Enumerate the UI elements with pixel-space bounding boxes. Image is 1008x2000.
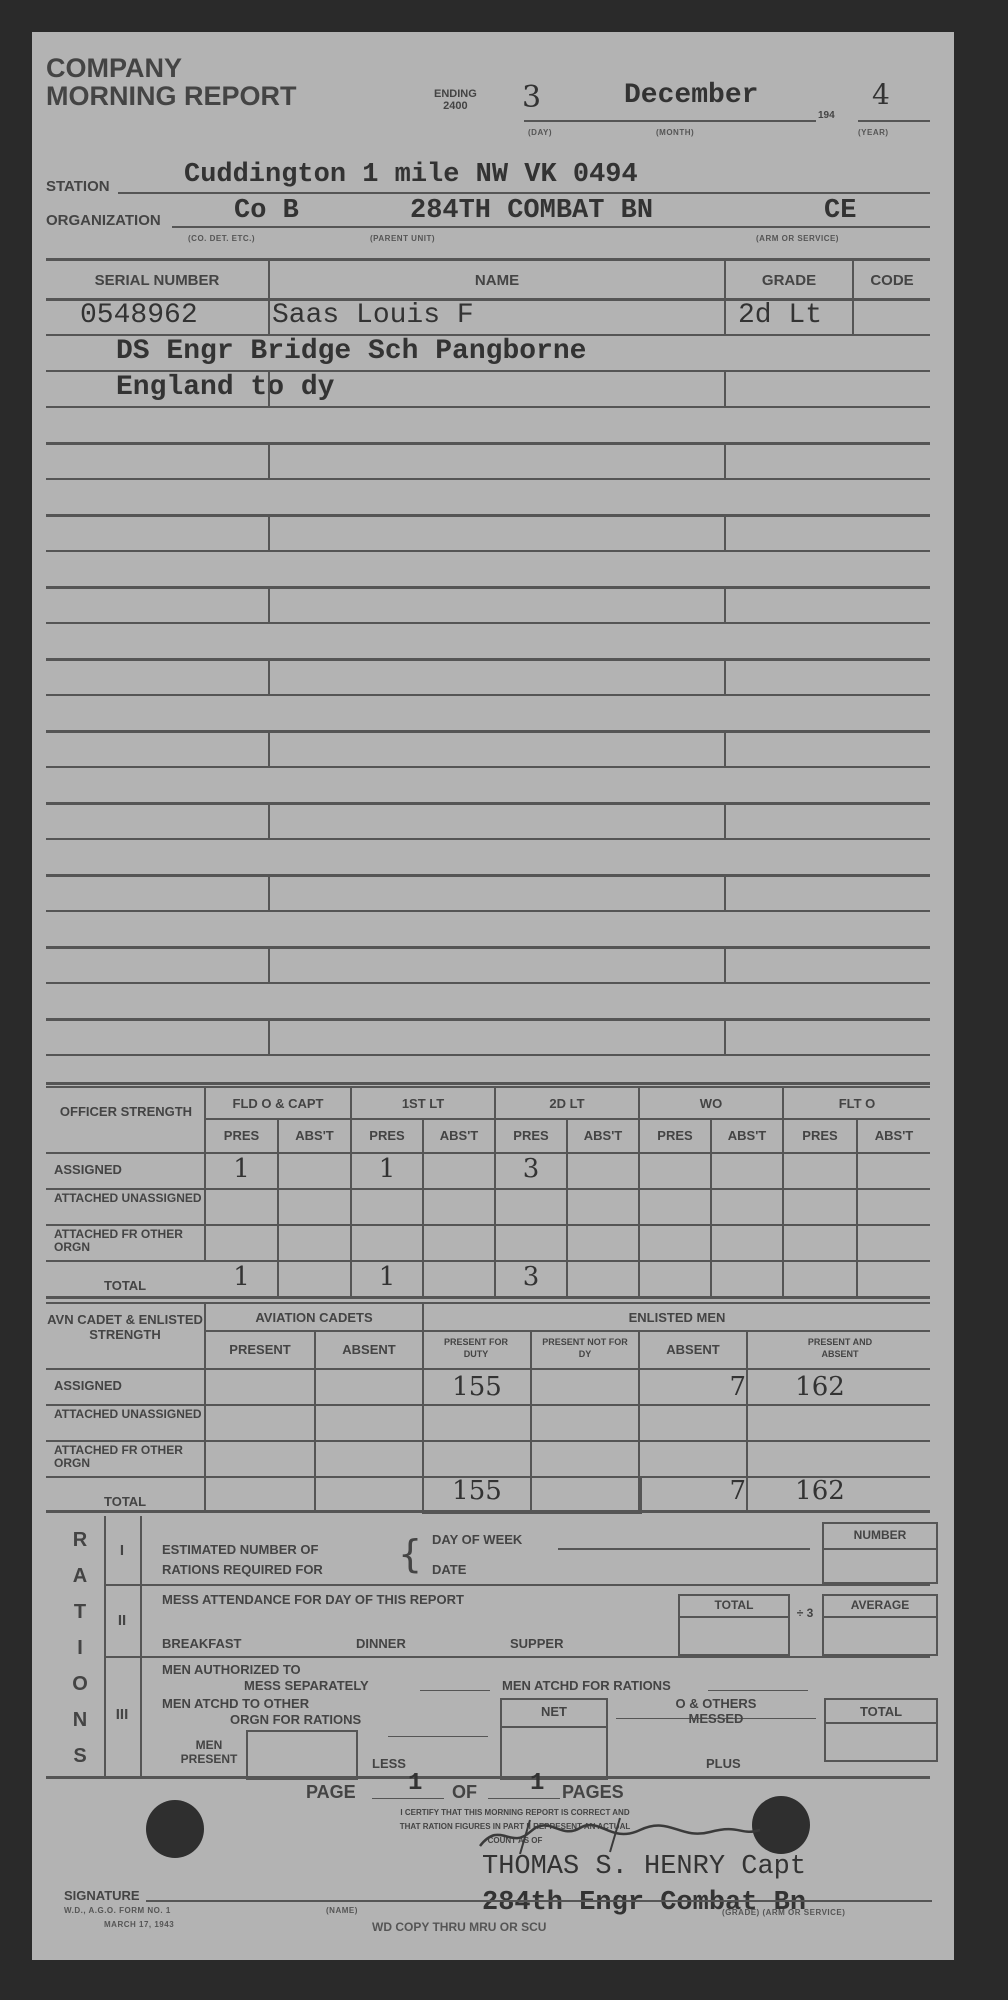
day-caption: (DAY) <box>528 128 552 137</box>
pres-header: PRES <box>784 1128 856 1143</box>
arm-service-field[interactable]: CE <box>824 196 856 226</box>
year-prefix: 194 <box>818 110 835 121</box>
2d-lt-header: 2D LT <box>496 1096 638 1111</box>
pres-header: PRES <box>206 1128 277 1143</box>
supper-label: SUPPER <box>510 1636 563 1651</box>
rations-letter: O <box>60 1666 100 1702</box>
year-caption: (YEAR) <box>858 128 889 137</box>
orgn-for-rations-label: ORGN FOR RATIONS <box>230 1712 361 1727</box>
organization-underline <box>172 226 930 228</box>
signature-label: SIGNATURE <box>64 1888 140 1903</box>
net-label: NET <box>502 1704 606 1719</box>
station-field[interactable]: Cuddington 1 mile NW VK 0494 <box>184 160 638 190</box>
cadets-present-header: PRESENT <box>206 1342 314 1357</box>
rations-letter: A <box>60 1558 100 1594</box>
ending-text: ENDING <box>434 88 477 100</box>
breakfast-label: BREAKFAST <box>162 1636 241 1651</box>
form-date: MARCH 17, 1943 <box>104 1920 174 1929</box>
plus-label: PLUS <box>706 1756 741 1771</box>
month-caption: (MONTH) <box>656 128 694 137</box>
rations-letter: I <box>60 1630 100 1666</box>
date-underline <box>524 120 816 122</box>
assigned-fld-o-pres[interactable]: 1 <box>206 1154 277 1184</box>
enlisted-absent-header: ABSENT <box>640 1342 746 1357</box>
code-header: CODE <box>854 272 930 289</box>
arm-caption: (ARM OR SERVICE) <box>756 234 839 243</box>
signature-line <box>146 1900 932 1902</box>
rations-letter: T <box>60 1594 100 1630</box>
form-title: COMPANY MORNING REPORT <box>46 54 297 110</box>
rations-letter: R <box>60 1522 100 1558</box>
men-atchd-to-other-label: MEN ATCHD TO OTHER <box>162 1696 309 1711</box>
date-label: DATE <box>432 1562 466 1577</box>
assigned-2d-lt-pres[interactable]: 3 <box>496 1154 566 1184</box>
total-row-label: TOTAL <box>104 1278 146 1293</box>
assigned-absent[interactable]: 7 <box>640 1372 746 1402</box>
total-present-for-duty[interactable]: 155 <box>424 1476 530 1506</box>
assigned-1st-lt-pres[interactable]: 1 <box>352 1154 422 1184</box>
total-1st-lt-pres[interactable]: 1 <box>352 1262 422 1292</box>
officers-messed-line-1: O & OTHERS <box>616 1696 816 1711</box>
estimated-rations-label: ESTIMATED NUMBER OF RATIONS REQUIRED FOR <box>162 1540 323 1580</box>
abst-header: ABS'T <box>568 1128 638 1143</box>
pres-header: PRES <box>496 1128 566 1143</box>
grade-caption: (GRADE) (ARM OR SERVICE) <box>722 1908 845 1917</box>
report-year[interactable]: 4 <box>872 78 890 111</box>
total-2d-lt-pres[interactable]: 3 <box>496 1262 566 1292</box>
station-label: STATION <box>46 178 110 195</box>
present-not-for-duty-header: PRESENT NOT FOR DY <box>540 1336 630 1360</box>
total-absent[interactable]: 7 <box>640 1476 746 1506</box>
pres-header: PRES <box>640 1128 710 1143</box>
aviation-cadets-header: AVIATION CADETS <box>206 1310 422 1325</box>
1st-lt-header: 1ST LT <box>352 1096 494 1111</box>
rations-letter: N <box>60 1702 100 1738</box>
parent-unit-caption: (PARENT UNIT) <box>370 234 435 243</box>
report-day[interactable]: 3 <box>522 80 541 115</box>
brace-icon: { <box>398 1532 422 1576</box>
grade-header: GRADE <box>726 272 852 289</box>
assigned-row-label: ASSIGNED <box>54 1162 122 1177</box>
dinner-label: DINNER <box>356 1636 406 1651</box>
enlisted-men-header: ENLISTED MEN <box>424 1310 930 1325</box>
roster-top-border <box>46 258 930 261</box>
report-month[interactable]: December <box>624 80 758 111</box>
total-pages[interactable]: 1 <box>530 1770 544 1797</box>
grade-cell[interactable]: 2d Lt <box>738 300 822 331</box>
rations-letter: S <box>60 1738 100 1774</box>
assigned-present-and-absent[interactable]: 162 <box>770 1372 870 1402</box>
enlisted-attached-unassigned-label: ATTACHED UNASSIGNED <box>54 1408 204 1421</box>
men-atchd-for-rations-label: MEN ATCHD FOR RATIONS <box>502 1678 671 1693</box>
officers-messed-line-2: MESSED <box>616 1711 816 1726</box>
section-ii-label: II <box>104 1612 140 1629</box>
wo-header: WO <box>640 1096 782 1111</box>
fld-o-capt-header: FLD O & CAPT <box>206 1096 350 1111</box>
station-underline <box>118 192 930 194</box>
serial-number-cell[interactable]: 0548962 <box>80 300 198 331</box>
divide-by-three: ÷ 3 <box>790 1606 820 1620</box>
page-label: PAGE <box>306 1782 356 1803</box>
present-for-duty-header: PRESENT FOR DUTY <box>434 1336 518 1360</box>
attached-fr-other-row-label: ATTACHED FR OTHER ORGN <box>54 1228 204 1254</box>
name-header: NAME <box>270 272 724 289</box>
less-label: LESS <box>372 1756 406 1771</box>
mess-separately-label: MESS SEPARATELY <box>244 1678 369 1693</box>
mess-total-label: TOTAL <box>680 1598 788 1612</box>
estimated-line-1: ESTIMATED NUMBER OF <box>162 1540 323 1560</box>
year-underline <box>858 120 930 122</box>
officer-strength-label: OFFICER STRENGTH <box>46 1104 206 1119</box>
men-authorized-label: MEN AUTHORIZED TO <box>162 1662 301 1677</box>
total-fld-o-pres[interactable]: 1 <box>206 1262 277 1292</box>
estimated-line-2: RATIONS REQUIRED FOR <box>162 1560 323 1580</box>
assigned-present-for-duty[interactable]: 155 <box>424 1372 530 1402</box>
day-of-week-label: DAY OF WEEK <box>432 1532 522 1547</box>
abst-header: ABS'T <box>858 1128 930 1143</box>
page-underline <box>372 1798 444 1799</box>
company-caption: (CO. DET. ETC.) <box>188 234 255 243</box>
officers-messed-label: O & OTHERS MESSED <box>616 1696 816 1726</box>
cadets-absent-header: ABSENT <box>316 1342 422 1357</box>
pres-header: PRES <box>352 1128 422 1143</box>
enlisted-attached-fr-other-label: ATTACHED FR OTHER ORGN <box>54 1444 204 1470</box>
rations-vertical-label: R A T I O N S <box>60 1522 100 1774</box>
company-field[interactable]: Co B <box>234 196 299 226</box>
enlisted-total-label: TOTAL <box>104 1494 146 1509</box>
page-number[interactable]: 1 <box>408 1770 422 1797</box>
abst-header: ABS'T <box>279 1128 350 1143</box>
pages-label: PAGES <box>562 1782 624 1803</box>
of-label: OF <box>452 1782 477 1803</box>
signer-name[interactable]: THOMAS S. HENRY Capt <box>482 1852 806 1882</box>
name-caption: (NAME) <box>326 1906 358 1915</box>
parent-unit-field[interactable]: 284TH COMBAT BN <box>410 196 653 226</box>
title-line-2: MORNING REPORT <box>46 82 297 110</box>
abst-header: ABS'T <box>712 1128 782 1143</box>
abst-header: ABS'T <box>424 1128 494 1143</box>
men-present-label: MEN PRESENT <box>172 1738 246 1766</box>
punch-hole-left <box>146 1800 204 1858</box>
remark-line-1[interactable]: DS Engr Bridge Sch Pangborne <box>116 336 586 367</box>
average-label: AVERAGE <box>824 1598 936 1612</box>
total-present-and-absent[interactable]: 162 <box>770 1476 870 1506</box>
ending-time: 2400 <box>434 100 477 112</box>
serial-number-header: SERIAL NUMBER <box>46 272 268 289</box>
organization-label: ORGANIZATION <box>46 212 161 229</box>
flt-o-header: FLT O <box>784 1096 930 1111</box>
remark-line-2[interactable]: England to dy <box>116 372 334 403</box>
section-i-label: I <box>104 1542 140 1559</box>
wd-copy-note: WD COPY THRU MRU OR SCU <box>372 1920 546 1934</box>
ending-label: ENDING 2400 <box>434 88 477 112</box>
mess-attendance-label: MESS ATTENDANCE FOR DAY OF THIS REPORT <box>162 1592 464 1607</box>
attached-unassigned-row-label: ATTACHED UNASSIGNED <box>54 1192 204 1205</box>
enlisted-assigned-row-label: ASSIGNED <box>54 1378 122 1393</box>
pages-underline <box>488 1798 560 1799</box>
rations-total-label: TOTAL <box>826 1704 936 1719</box>
form-number: W.D., A.G.O. FORM NO. 1 <box>64 1906 171 1915</box>
number-box-label: NUMBER <box>824 1528 936 1542</box>
name-cell[interactable]: Saas Louis F <box>272 300 474 331</box>
section-iii-label: III <box>104 1706 140 1723</box>
enlisted-strength-label: AVN CADET & ENLISTED STRENGTH <box>46 1312 204 1342</box>
title-line-1: COMPANY <box>46 54 297 82</box>
present-and-absent-header: PRESENT AND ABSENT <box>790 1336 890 1360</box>
